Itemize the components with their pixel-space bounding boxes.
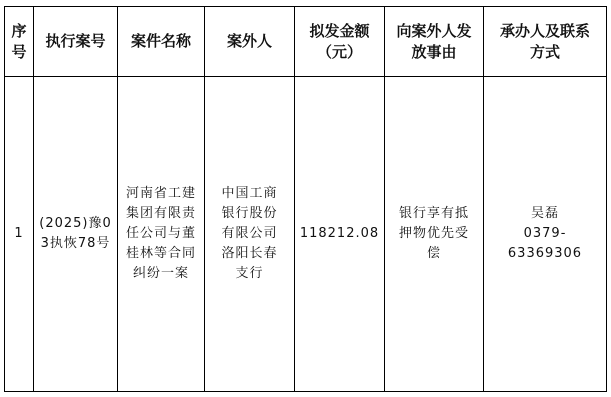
header-case-number: 执行案号 xyxy=(34,7,118,77)
header-reason-label: 向案外人发放事由 xyxy=(395,21,473,63)
header-handler: 承办人及联系方式 xyxy=(484,7,607,77)
cell-seq: 1 xyxy=(5,77,34,392)
disbursement-table: 序号 执行案号 案件名称 案外人 拟发金额（元） 向案外人发放事由 承办人及联系… xyxy=(4,6,607,392)
header-reason: 向案外人发放事由 xyxy=(385,7,484,77)
reason-text: 银行享有抵押物优先受偿 xyxy=(396,204,472,264)
cell-case-number: (2025)豫03执恢78号 xyxy=(34,77,118,392)
header-seq: 序号 xyxy=(5,7,34,77)
cell-amount: 118212.08 xyxy=(295,77,385,392)
cell-third-party: 中国工商银行股份有限公司洛阳长春支行 xyxy=(205,77,295,392)
cell-handler: 吴磊 0379-63369306 xyxy=(484,77,607,392)
handler-name: 吴磊 xyxy=(488,204,602,224)
cell-reason: 银行享有抵押物优先受偿 xyxy=(385,77,484,392)
header-third-party: 案外人 xyxy=(205,7,295,77)
header-row: 序号 执行案号 案件名称 案外人 拟发金额（元） 向案外人发放事由 承办人及联系… xyxy=(5,7,607,77)
header-amount: 拟发金额（元） xyxy=(295,7,385,77)
header-case-name: 案件名称 xyxy=(118,7,205,77)
table-row: 1 (2025)豫03执恢78号 河南省工建集团有限责任公司与董桂林等合同纠纷一… xyxy=(5,77,607,392)
case-number-text: (2025)豫03执恢78号 xyxy=(39,214,113,254)
header-seq-label: 序号 xyxy=(11,21,27,63)
third-party-text: 中国工商银行股份有限公司洛阳长春支行 xyxy=(216,184,284,284)
header-amount-label: 拟发金额（元） xyxy=(305,21,375,63)
case-name-text: 河南省工建集团有限责任公司与董桂林等合同纠纷一案 xyxy=(125,184,197,284)
cell-case-name: 河南省工建集团有限责任公司与董桂林等合同纠纷一案 xyxy=(118,77,205,392)
handler-phone: 0379-63369306 xyxy=(488,224,602,264)
header-handler-label: 承办人及联系方式 xyxy=(498,21,592,63)
